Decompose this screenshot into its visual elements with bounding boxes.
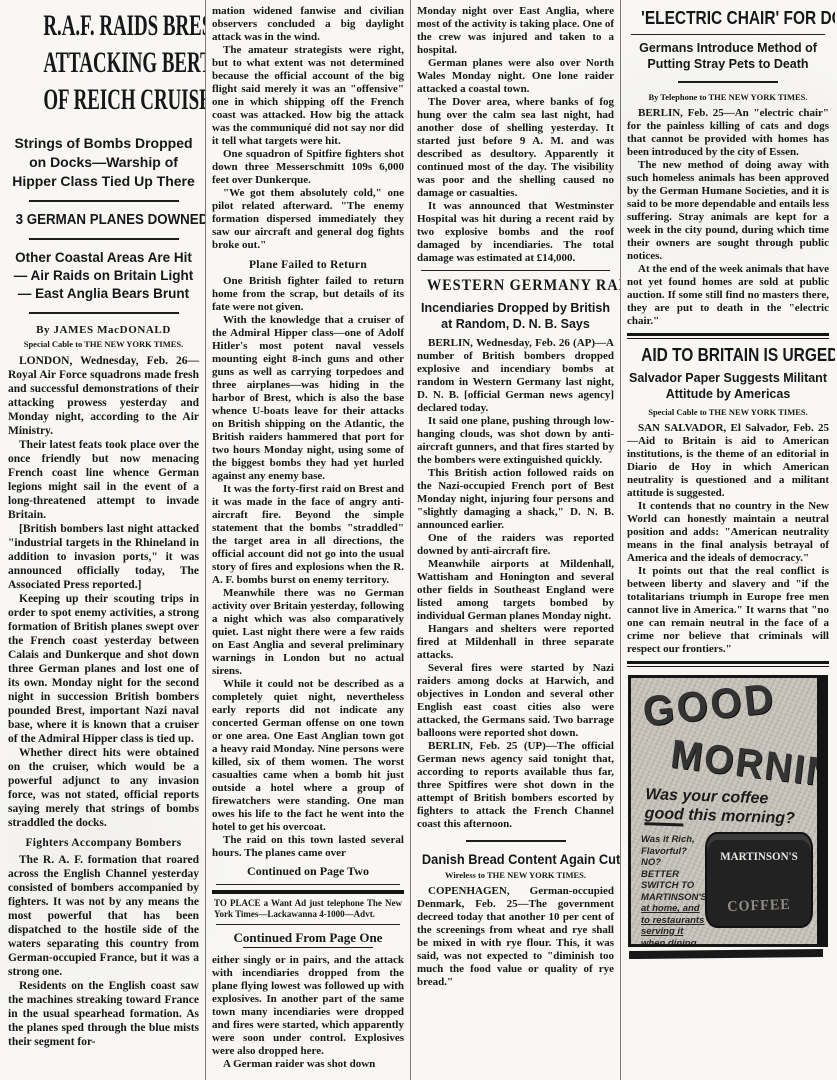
- coffee-advertisement: GOOD MORNING! Was your coffee good this …: [628, 675, 828, 947]
- article-paragraph: A German raider was shot down: [212, 1058, 404, 1071]
- bank-headline-1: 3 GERMAN PLANES DOWNED: [16, 211, 192, 229]
- ad-headline-morning: MORNING!: [669, 734, 806, 790]
- article-paragraph: Whether direct hits were obtained on the…: [8, 746, 199, 830]
- ad-question-good-underlined: good: [644, 805, 684, 826]
- article-paragraph: SAN SALVADOR, El Salvador, Feb. 25—Aid t…: [627, 422, 829, 500]
- article-paragraph: While it could not be described as a com…: [212, 678, 404, 834]
- column-2: mation widened fanwise and civilian obse…: [205, 0, 410, 1080]
- crosshead: Plane Failed to Return: [212, 258, 404, 272]
- article-paragraph: It points out that the real conflict is …: [627, 565, 829, 656]
- article-paragraph: The R. A. F. formation that roared acros…: [8, 853, 199, 979]
- article-paragraph: "We got them absolutely cold," one pilot…: [212, 187, 404, 252]
- article-body: BERLIN, Wednesday, Feb. 26 (AP)—A number…: [417, 337, 614, 831]
- main-headline-line-3: OF REICH CRUISER: [43, 81, 163, 118]
- ad-pitch-line3: at home, and to restaurants serving it w…: [641, 903, 704, 947]
- danish-headline: Danish Bread Content Again Cut: [422, 851, 609, 868]
- article-paragraph: COPENHAGEN, German-occupied Denmark, Feb…: [417, 885, 614, 989]
- divider-rule: [631, 34, 825, 35]
- article-paragraph: LONDON, Wednesday, Feb. 26—Royal Air For…: [8, 354, 199, 438]
- article-body: LONDON, Wednesday, Feb. 26—Royal Air For…: [8, 354, 199, 1049]
- crosshead: Fighters Accompany Bombers: [8, 836, 199, 850]
- article-paragraph: Keeping up their scouting trips in order…: [8, 592, 199, 746]
- article-paragraph: The new method of doing away with such h…: [627, 159, 829, 263]
- credit-line: Special Cable to THE NEW YORK TIMES.: [627, 407, 829, 418]
- heavy-divider-rule: [212, 890, 404, 894]
- article-paragraph: It contends that no country in the New W…: [627, 500, 829, 565]
- divider-rule: [243, 947, 373, 948]
- divider-rule: [216, 884, 400, 885]
- main-headline-line-1: R.A.F. RAIDS BREST,: [43, 7, 163, 44]
- divider-rule: [466, 840, 566, 842]
- aid-britain-headline: AID TO BRITAIN IS URGED: [641, 344, 815, 366]
- article-paragraph: German planes were also over North Wales…: [417, 57, 614, 96]
- electric-chair-headline: 'ELECTRIC CHAIR' FOR DOGS: [641, 7, 815, 29]
- ad-pitch-text: Was it Rich, Flavorful? NO? BETTER SWITC…: [637, 834, 707, 947]
- article-body: mation widened fanwise and civilian obse…: [212, 5, 404, 1071]
- divider-rule: [421, 270, 610, 271]
- ad-pitch-line2: BETTER SWITCH TO MARTINSON'S: [641, 869, 707, 903]
- article-paragraph: Their latest feats took place over the o…: [8, 438, 199, 522]
- divider-rule: [29, 200, 179, 202]
- article-paragraph: The raid on this town lasted several hou…: [212, 834, 404, 860]
- electric-chair-subhead: Germans Introduce Method of Putting Stra…: [629, 40, 827, 72]
- ad-question-rest: this morning?: [683, 806, 795, 827]
- ad-question: Was your coffee good this morning?: [644, 785, 811, 829]
- article-body: BERLIN, Feb. 25—An "electric chair" for …: [627, 107, 829, 328]
- article-paragraph: Monday night over East Anglia, where mos…: [417, 5, 614, 57]
- byline: By JAMES MacDONALD: [8, 323, 199, 337]
- divider-rule: [216, 924, 400, 925]
- double-divider-rule: [627, 661, 829, 667]
- section-headline: WESTERN GERMANY RAIDED: [427, 276, 604, 296]
- article-paragraph: One squadron of Spitfire fighters shot d…: [212, 148, 404, 187]
- bank-headline-2: Other Coastal Areas Are Hit— Air Raids o…: [9, 249, 198, 303]
- article-paragraph: At the end of the week animals that have…: [627, 263, 829, 328]
- article-body: COPENHAGEN, German-occupied Denmark, Feb…: [417, 885, 614, 989]
- article-paragraph: Several fires were started by Nazi raide…: [417, 662, 614, 740]
- divider-rule: [29, 312, 179, 314]
- divider-rule: [678, 81, 778, 83]
- article-paragraph: With the knowledge that a cruiser of the…: [212, 314, 404, 483]
- article-paragraph: either singly or in pairs, and the attac…: [212, 954, 404, 1058]
- deck-headline: Strings of Bombs Dropped on Docks—Warshi…: [10, 134, 197, 191]
- article-paragraph: BERLIN, Feb. 25 (UP)—The official German…: [417, 740, 614, 831]
- ad-can-area: MARTINSON'S COFFEE: [707, 834, 811, 947]
- article-paragraph: It was announced that Westminster Hospit…: [417, 200, 614, 265]
- article-paragraph: One British fighter failed to return hom…: [212, 275, 404, 314]
- continued-from-notice: Continued From Page One: [212, 930, 404, 946]
- credit-line: Wireless to THE NEW YORK TIMES.: [417, 870, 614, 881]
- divider-rule: [29, 238, 179, 240]
- ad-headline-good: GOOD: [641, 675, 804, 731]
- credit-line: Special Cable to THE NEW YORK TIMES.: [8, 339, 199, 350]
- continued-on-notice: Continued on Page Two: [212, 864, 404, 879]
- article-paragraph: The amateur strategists were right, but …: [212, 44, 404, 148]
- article-paragraph: It was the forty-first raid on Brest and…: [212, 483, 404, 587]
- article-paragraph: Hangars and shelters were reported fired…: [417, 623, 614, 662]
- column-1: R.A.F. RAIDS BREST, ATTACKING BERTH OF R…: [2, 0, 205, 1080]
- article-paragraph: BERLIN, Feb. 25—An "electric chair" for …: [627, 107, 829, 159]
- ad-middle-row: Was it Rich, Flavorful? NO? BETTER SWITC…: [637, 834, 811, 947]
- column-3: Monday night over East Anglia, where mos…: [410, 0, 620, 1080]
- ad-question-line1: Was your coffee: [645, 786, 769, 807]
- article-paragraph: BERLIN, Wednesday, Feb. 26 (AP)—A number…: [417, 337, 614, 415]
- ad-pitch-line1: Was it Rich, Flavorful? NO?: [641, 834, 695, 868]
- coffee-can-graphic: MARTINSON'S COFFEE: [707, 834, 811, 926]
- ad-bottom-shadow: [629, 949, 823, 959]
- article-paragraph: Residents on the English coast saw the m…: [8, 979, 199, 1049]
- double-divider-rule: [627, 333, 829, 339]
- column-layout: R.A.F. RAIDS BREST, ATTACKING BERTH OF R…: [0, 0, 837, 1080]
- newspaper-page: R.A.F. RAIDS BREST, ATTACKING BERTH OF R…: [0, 0, 837, 1080]
- credit-line: By Telephone to THE NEW YORK TIMES.: [627, 92, 829, 103]
- main-headline: R.A.F. RAIDS BREST, ATTACKING BERTH OF R…: [8, 7, 199, 118]
- article-paragraph: [British bombers last night attacked "in…: [8, 522, 199, 592]
- main-headline-line-2: ATTACKING BERTH: [43, 44, 163, 81]
- article-body: SAN SALVADOR, El Salvador, Feb. 25—Aid t…: [627, 422, 829, 656]
- want-ad-notice: TO PLACE a Want Ad just telephone The Ne…: [214, 898, 402, 919]
- can-brand-label: MARTINSON'S: [711, 850, 807, 862]
- article-paragraph: mation widened fanwise and civilian obse…: [212, 5, 404, 44]
- article-paragraph: The Dover area, where banks of fog hung …: [417, 96, 614, 200]
- article-body: Monday night over East Anglia, where mos…: [417, 5, 614, 265]
- can-product-label: COFFEE: [709, 897, 808, 916]
- article-paragraph: Meanwhile there was no German activity o…: [212, 587, 404, 678]
- aid-britain-subhead: Salvador Paper Suggests Militant Attitud…: [629, 370, 827, 402]
- column-4: 'ELECTRIC CHAIR' FOR DOGS Germans Introd…: [620, 0, 835, 1080]
- article-paragraph: Meanwhile airports at Mildenhall, Wattis…: [417, 558, 614, 623]
- article-paragraph: This British action followed raids on th…: [417, 467, 614, 532]
- article-paragraph: One of the raiders was reported downed b…: [417, 532, 614, 558]
- section-subhead: Incendiaries Dropped by British at Rando…: [419, 300, 612, 332]
- article-paragraph: It said one plane, pushing through low-h…: [417, 415, 614, 467]
